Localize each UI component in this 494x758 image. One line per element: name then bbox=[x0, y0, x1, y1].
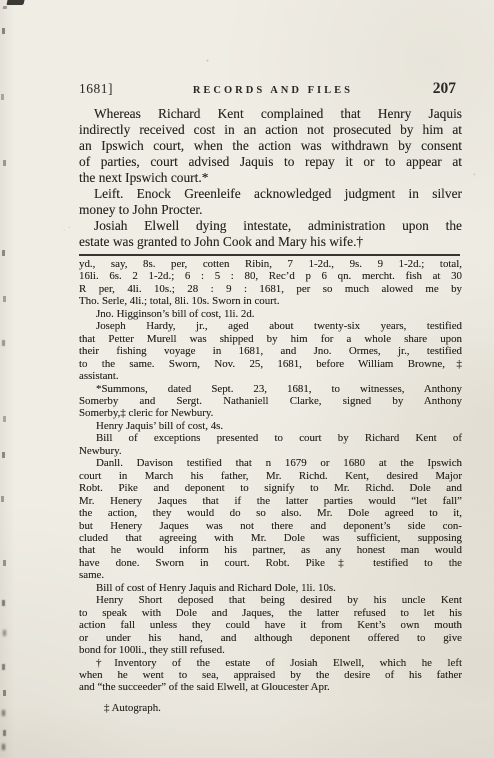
main-text-line: indirectly received cost in an action no… bbox=[79, 122, 462, 138]
footnote-line: R per, 4li. 10s.; 28 : 9 : 1681, per so … bbox=[79, 283, 462, 295]
footnote-line: Jno. Higginson’s bill of cost, 1li. 2d. bbox=[79, 308, 462, 320]
footnote-line: but Henery Jaques was not there and depo… bbox=[79, 520, 462, 532]
footnote-line: Bill of exceptions presented to court by… bbox=[79, 432, 462, 444]
footnote-line: to the same. Sworn, Nov. 25, 1681, befor… bbox=[79, 358, 462, 370]
footnote-line: Joseph Hardy, jr., aged about twenty-six… bbox=[79, 320, 462, 332]
footnote-line: that Petter Murell was shipped by him fo… bbox=[79, 333, 462, 345]
footnote-line: Tho. Serle, 4li.; total, 8li. 10s. Sworn… bbox=[79, 295, 462, 307]
footnote-line: that he would inform his partner, as any… bbox=[79, 544, 462, 556]
autograph-note: ‡ Autograph. bbox=[79, 702, 462, 714]
footnote-line: or under his hand, and although deponent… bbox=[79, 632, 462, 644]
footnote-line: and “the succeeder” of the said Elwell, … bbox=[79, 681, 462, 693]
scan-edge-speckles bbox=[2, 28, 5, 34]
footnote-line: Mr. Henery Jaques that if the latter par… bbox=[79, 495, 462, 507]
footnote-line: their fishing voyage in 1681, and Jno. O… bbox=[79, 345, 462, 357]
footnotes-block: yd., say, 8s. per, cotten Ribin, 7 1-2d.… bbox=[79, 258, 462, 694]
main-text-line: estate was granted to John Cook and Mary… bbox=[79, 234, 462, 250]
footnote-line: have done. Sworn in court. Robt. Pike‡ t… bbox=[79, 557, 462, 569]
header-year-folio: 1681] bbox=[79, 81, 113, 97]
main-text-line: an Ipswich court, when the action was wi… bbox=[79, 138, 462, 154]
footnote-line: to speak with Dole and Jaques, the latte… bbox=[79, 607, 462, 619]
scanned-book-page: 1681] RECORDS AND FILES 207 Whereas Rich… bbox=[0, 0, 494, 758]
footnote-line: †Inventory of the estate of Josiah Elwel… bbox=[79, 657, 462, 669]
main-text-line: Leift. Enock Greenleife acknowledged jud… bbox=[79, 186, 462, 202]
footnote-line: Henry Jaquis’ bill of cost, 4s. bbox=[79, 420, 462, 432]
footnote-line: Danll. Davison testified that n 1679 or … bbox=[79, 457, 462, 469]
header-page-number: 207 bbox=[433, 80, 456, 98]
footnote-line: the action, they would do so also. Mr. D… bbox=[79, 507, 462, 519]
main-text-line: Josiah Elwell dying intestate, administr… bbox=[79, 218, 462, 234]
footnote-line: assistant. bbox=[79, 370, 462, 382]
scan-smudge-mark bbox=[6, 0, 24, 5]
footnote-line: Henry Short deposed that being desired b… bbox=[79, 594, 462, 606]
footnote-line: Somerby,‡ cleric for Newbury. bbox=[79, 407, 462, 419]
footnote-line: when he went to sea, appraised by the de… bbox=[79, 669, 462, 681]
main-text-line: Whereas Richard Kent complained that Hen… bbox=[79, 106, 462, 122]
footnote-line: action fall unless they could have it fr… bbox=[79, 619, 462, 631]
main-text-line: of parties, court advised Jaquis to repa… bbox=[79, 154, 462, 170]
footnote-line: Bill of cost of Henry Jaquis and Richard… bbox=[79, 582, 462, 594]
main-text-block: Whereas Richard Kent complained that Hen… bbox=[79, 106, 462, 250]
footnote-line: Robt. Pike and deponent to signify to Mr… bbox=[79, 482, 462, 494]
footnote-separator-rule bbox=[79, 254, 460, 256]
footnote-line: same. bbox=[79, 569, 462, 581]
footnote-line: Newbury. bbox=[79, 445, 462, 457]
footnote-line: 16li. 6s. 2 1-2d.; 6 : 5 : 80, Rec’d p 6… bbox=[79, 270, 462, 282]
footnote-line: cluded that agreeing with Mr. Dole was s… bbox=[79, 532, 462, 544]
footnote-line: court in March his father, Mr. Richd. Ke… bbox=[79, 470, 462, 482]
main-text-line: money to John Procter. bbox=[79, 202, 462, 218]
footnote-line: *Summons, dated Sept. 23, 1681, to witne… bbox=[79, 383, 462, 395]
header-book-title: RECORDS AND FILES bbox=[193, 85, 353, 96]
running-header: 1681] RECORDS AND FILES 207 bbox=[79, 80, 456, 98]
main-text-line: the next Ipswich court.* bbox=[79, 170, 462, 186]
footnote-line: yd., say, 8s. per, cotten Ribin, 7 1-2d.… bbox=[79, 258, 462, 270]
footnote-line: bond for 100li., they still refused. bbox=[79, 644, 462, 656]
footnote-line: Somerby and Sergt. Nathaniell Clarke, si… bbox=[79, 395, 462, 407]
